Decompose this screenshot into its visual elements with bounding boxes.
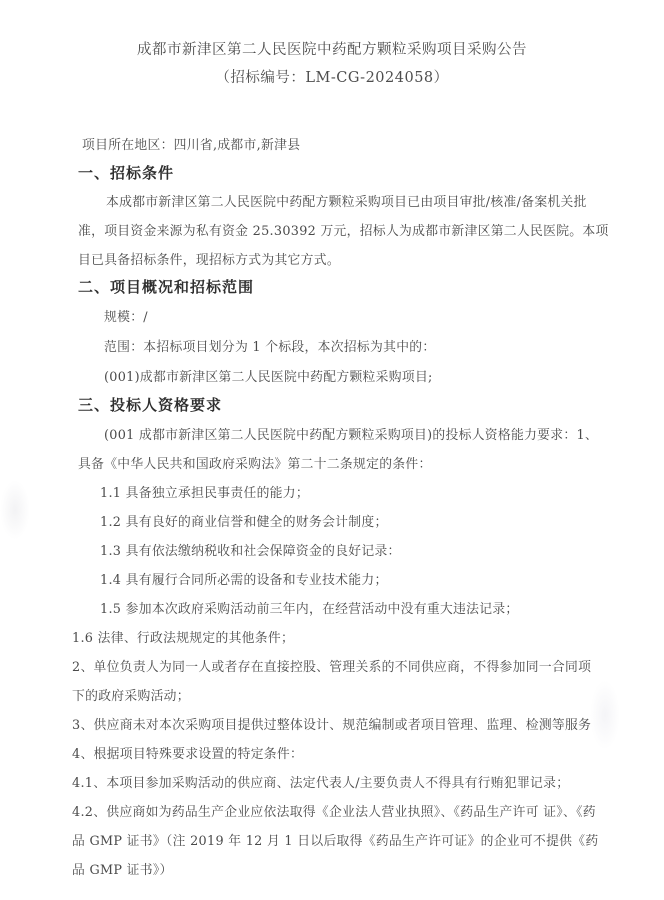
requirement-item: 1.1 具备独立承担民事责任的能力； [100, 482, 309, 501]
requirement-item: 下的政府采购活动； [72, 685, 190, 704]
requirement-item: 4.1、本项目参加采购活动的供应商、法定代表人/主要负责人不得具有行贿犯罪记录； [72, 772, 569, 791]
requirement-item: 品 GMP 证书》） [72, 859, 173, 878]
paragraph-line: 目已具备招标条件，现招标方式为其它方式。 [78, 249, 340, 268]
tender-number: （招标编号：LM-CG-2024058） [0, 66, 664, 87]
section-heading-3: 三、投标人资格要求 [78, 394, 222, 415]
paragraph-line: 本成都市新津区第二人民医院中药配方颗粒采购项目已由项目审批/核准/备案机关批 [106, 191, 586, 210]
requirement-item: 4、根据项目特殊要求设置的特定条件： [72, 743, 303, 762]
requirement-item: 1.5 参加本次政府采购活动前三年内，在经营活动中没有重大违法记录； [100, 598, 519, 617]
requirement-item: 品 GMP 证书》（注 2019 年 12 月 1 日以后取得《药品生产许可证》… [72, 830, 584, 849]
scan-artifact [590, 680, 620, 750]
scope-line: 范围：本招标项目划分为 1 个标段，本次招标为其中的： [104, 336, 436, 355]
paragraph-line: 具备《中华人民共和国政府采购法》第二十二条规定的条件： [78, 453, 432, 472]
scan-artifact [0, 480, 30, 540]
lot-line: (001)成都市新津区第二人民医院中药配方颗粒采购项目; [104, 366, 433, 385]
scale-line: 规模：/ [104, 306, 148, 325]
requirement-item: 3、供应商未对本次采购项目提供过整体设计、规范编制或者项目管理、监理、检测等服务 [72, 714, 586, 733]
project-location: 项目所在地区：四川省,成都市,新津县 [82, 134, 300, 153]
requirement-item: 2、单位负责人为同一人或者存在直接控股、管理关系的不同供应商，不得参加同一合同项 [72, 656, 584, 675]
requirement-item: 1.3 具有依法缴纳税收和社会保障资金的良好记录： [100, 540, 401, 559]
document-title: 成都市新津区第二人民医院中药配方颗粒采购项目采购公告 [0, 38, 664, 59]
requirement-item: 4.2、供应商如为药品生产企业应依法取得《企业法人营业执照》、《药品生产许可 证… [72, 801, 584, 820]
section-heading-2: 二、项目概况和招标范围 [78, 276, 254, 297]
paragraph-line: 准，项目资金来源为私有资金 25.30392 万元，招标人为成都市新津区第二人民… [78, 220, 586, 239]
requirement-item: 1.4 具有履行合同所必需的设备和专业技术能力； [100, 569, 388, 588]
requirement-item: 1.2 具有良好的商业信誉和健全的财务会计制度； [100, 511, 388, 530]
requirement-item: 1.6 法律、行政法规规定的其他条件； [72, 627, 294, 646]
paragraph-line: (001 成都市新津区第二人民医院中药配方颗粒采购项目)的投标人资格能力要求：1… [104, 424, 586, 443]
section-heading-1: 一、招标条件 [78, 162, 174, 183]
